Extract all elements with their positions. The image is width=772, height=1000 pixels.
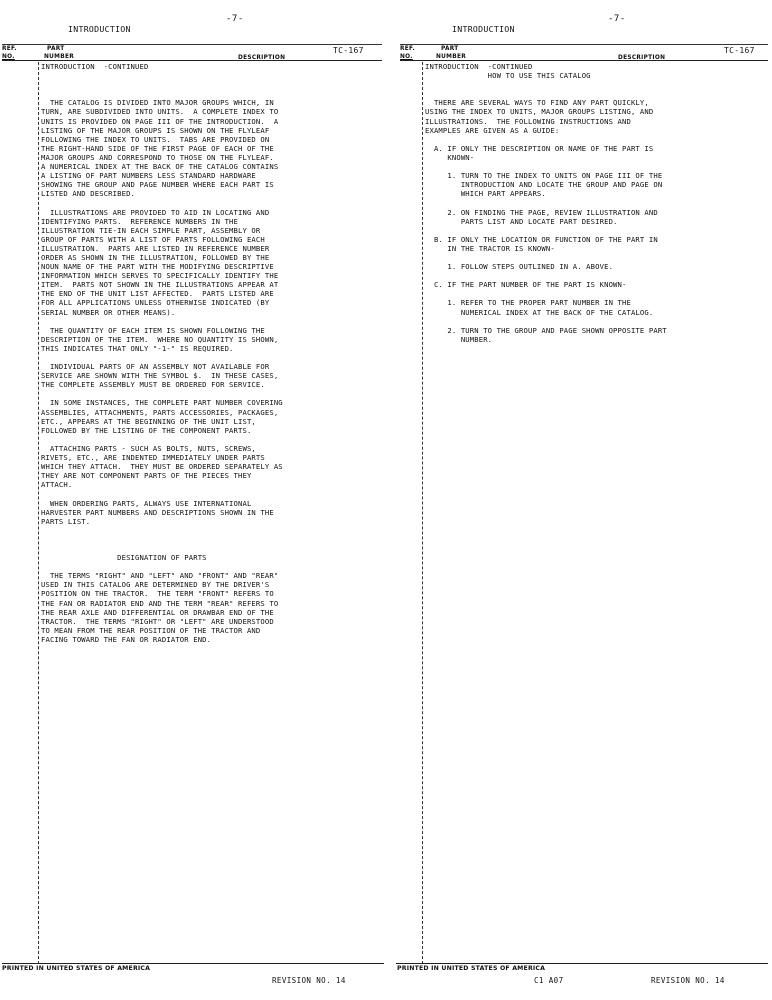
column-divider [38, 62, 39, 964]
text-line [41, 80, 283, 89]
footer-rule [396, 963, 768, 964]
text-line: EXAMPLES ARE GIVEN AS A GUIDE: [425, 126, 667, 135]
text-line [41, 544, 283, 553]
text-line: THERE ARE SEVERAL WAYS TO FIND ANY PART … [425, 98, 667, 107]
header-ref-label: REF. [400, 46, 415, 52]
text-line: 1. REFER TO THE PROPER PART NUMBER IN TH… [425, 298, 667, 307]
revision-number: REVISION NO. 14 [651, 976, 725, 985]
text-line [425, 89, 667, 98]
text-line: RIVETS, ETC., ARE INDENTED IMMEDIATELY U… [41, 453, 283, 462]
text-line [425, 162, 667, 171]
catalog-page-left: -7- INTRODUCTION REF. NO. PART NUMBER DE… [0, 0, 386, 1000]
header-ref-label: REF. [2, 46, 17, 52]
text-line: IN SOME INSTANCES, THE COMPLETE PART NUM… [41, 398, 283, 407]
text-line: NOUN NAME OF THE PART WITH THE MODIFYING… [41, 262, 283, 271]
text-line [41, 317, 283, 326]
text-line: 2. ON FINDING THE PAGE, REVIEW ILLUSTRAT… [425, 208, 667, 217]
text-line: USED IN THIS CATALOG ARE DETERMINED BY T… [41, 580, 283, 589]
text-line: THE QUANTITY OF EACH ITEM IS SHOWN FOLLO… [41, 326, 283, 335]
header-part-label: PART [47, 46, 65, 52]
text-line: THE TERMS "RIGHT" AND "LEFT" AND "FRONT"… [41, 571, 283, 580]
text-line: MAJOR GROUPS AND CORRESPOND TO THOSE ON … [41, 153, 283, 162]
text-line: THE END OF THE UNIT LIST AFFECTED. PARTS… [41, 289, 283, 298]
text-line [41, 435, 283, 444]
text-line: ITEM. PARTS NOT SHOWN IN THE ILLUSTRATIO… [41, 280, 283, 289]
text-line: DESIGNATION OF PARTS [41, 553, 283, 562]
header-top-rule [400, 44, 768, 45]
text-line: ILLUSTRATIONS ARE PROVIDED TO AID IN LOC… [41, 208, 283, 217]
text-line: THEY ARE NOT COMPONENT PARTS OF THE PIEC… [41, 471, 283, 480]
revision-number: REVISION NO. 14 [272, 976, 346, 985]
text-line: GROUP OF PARTS WITH A LIST OF PARTS FOLL… [41, 235, 283, 244]
text-line: ETC., APPEARS AT THE BEGINNING OF THE UN… [41, 417, 283, 426]
text-line: UNITS IS PROVIDED ON PAGE III OF THE INT… [41, 117, 283, 126]
text-line: 2. TURN TO THE GROUP AND PAGE SHOWN OPPO… [425, 326, 667, 335]
text-line: ATTACHING PARTS - SUCH AS BOLTS, NUTS, S… [41, 444, 283, 453]
text-line: 1. TURN TO THE INDEX TO UNITS ON PAGE II… [425, 171, 667, 180]
text-line: SHOWING THE GROUP AND PAGE NUMBER WHERE … [41, 180, 283, 189]
text-line [41, 389, 283, 398]
text-line: POSITION ON THE TRACTOR. THE TERM "FRONT… [41, 589, 283, 598]
text-line [41, 526, 283, 535]
text-line: A. IF ONLY THE DESCRIPTION OR NAME OF TH… [425, 144, 667, 153]
text-line: LISTING OF THE MAJOR GROUPS IS SHOWN ON … [41, 126, 283, 135]
text-line: FACING TOWARD THE FAN OR RADIATOR END. [41, 635, 283, 644]
header-bottom-rule [400, 60, 768, 61]
text-line: ASSEMBLIES, ATTACHMENTS, PARTS ACCESSORI… [41, 408, 283, 417]
text-line: USING THE INDEX TO UNITS, MAJOR GROUPS L… [425, 107, 667, 116]
text-line [425, 135, 667, 144]
text-line: 1. FOLLOW STEPS OUTLINED IN A. ABOVE. [425, 262, 667, 271]
text-line: C. IF THE PART NUMBER OF THE PART IS KNO… [425, 280, 667, 289]
text-line: SERIAL NUMBER OR OTHER MEANS). [41, 308, 283, 317]
text-line: FOR ALL APPLICATIONS UNLESS OTHERWISE IN… [41, 298, 283, 307]
text-line: TURN, ARE SUBDIVIDED INTO UNITS. A COMPL… [41, 107, 283, 116]
footer-rule [2, 963, 384, 964]
text-line: ORDER AS SHOWN IN THE ILLUSTRATION, FOLL… [41, 253, 283, 262]
text-line: ILLUSTRATIONS. THE FOLLOWING INSTRUCTION… [425, 117, 667, 126]
text-line: WHICH THEY ATTACH. THEY MUST BE ORDERED … [41, 462, 283, 471]
text-line: WHEN ORDERING PARTS, ALWAYS USE INTERNAT… [41, 499, 283, 508]
header-top-rule [2, 44, 382, 45]
text-line: INFORMATION WHICH SERVES TO SPECIFICALLY… [41, 271, 283, 280]
text-line [425, 226, 667, 235]
text-line: FOLLOWING THE INDEX TO UNITS. TABS ARE P… [41, 135, 283, 144]
text-line [41, 535, 283, 544]
section-title: INTRODUCTION [452, 24, 515, 34]
text-line: INDIVIDUAL PARTS OF AN ASSEMBLY NOT AVAI… [41, 362, 283, 371]
text-line: NUMBER. [425, 335, 667, 344]
text-line [41, 71, 283, 80]
text-line: PARTS LIST. [41, 517, 283, 526]
printed-notice: PRINTED IN UNITED STATES OF AMERICA [397, 965, 545, 972]
text-line: ATTACH. [41, 480, 283, 489]
catalog-code: TC-167 [333, 46, 364, 55]
text-line [425, 80, 667, 89]
text-line: A NUMERICAL INDEX AT THE BACK OF THE CAT… [41, 162, 283, 171]
text-line: TO MEAN FROM THE REAR POSITION OF THE TR… [41, 626, 283, 635]
text-line: THE REAR AXLE AND DIFFERENTIAL OR DRAWBA… [41, 608, 283, 617]
text-line [41, 489, 283, 498]
text-line: HOW TO USE THIS CATALOG [425, 71, 667, 80]
text-line [425, 253, 667, 262]
catalog-code: TC-167 [724, 46, 755, 55]
text-line [425, 271, 667, 280]
text-line [41, 562, 283, 571]
text-line [41, 198, 283, 207]
text-line [41, 353, 283, 362]
page-body: INTRODUCTION -CONTINUED THE CATALOG IS D… [41, 62, 283, 644]
section-title: INTRODUCTION [68, 24, 131, 34]
text-line: ILLUSTRATION. PARTS ARE LISTED IN REFERE… [41, 244, 283, 253]
text-line: INTRODUCTION -CONTINUED [41, 62, 283, 71]
text-line [425, 289, 667, 298]
text-line: THE FAN OR RADIATOR END AND THE TERM "RE… [41, 599, 283, 608]
text-line: PARTS LIST AND LOCATE PART DESIRED. [425, 217, 667, 226]
text-line: DESCRIPTION OF THE ITEM. WHERE NO QUANTI… [41, 335, 283, 344]
page-body: INTRODUCTION -CONTINUED HOW TO USE THIS … [425, 62, 667, 344]
text-line: FOLLOWED BY THE LISTING OF THE COMPONENT… [41, 426, 283, 435]
text-line [425, 317, 667, 326]
text-line: SERVICE ARE SHOWN WITH THE SYMBOL $. IN … [41, 371, 283, 380]
text-line: THIS INDICATES THAT ONLY "-1-" IS REQUIR… [41, 344, 283, 353]
text-line: B. IF ONLY THE LOCATION OR FUNCTION OF T… [425, 235, 667, 244]
header-bottom-rule [2, 60, 382, 61]
text-line: WHICH PART APPEARS. [425, 189, 667, 198]
text-line: ILLUSTRATION TIE-IN EACH SIMPLE PART, AS… [41, 226, 283, 235]
text-line: KNOWN- [425, 153, 667, 162]
text-line: LISTED AND DESCRIBED. [41, 189, 283, 198]
text-line [425, 198, 667, 207]
text-line: NUMERICAL INDEX AT THE BACK OF THE CATAL… [425, 308, 667, 317]
header-part-label: PART [441, 46, 459, 52]
page-number: -7- [226, 14, 244, 24]
text-line: HARVESTER PART NUMBERS AND DESCRIPTIONS … [41, 508, 283, 517]
column-divider [422, 62, 423, 964]
text-line: IDENTIFYING PARTS. REFERENCE NUMBERS IN … [41, 217, 283, 226]
text-line: THE RIGHT-HAND SIDE OF THE FIRST PAGE OF… [41, 144, 283, 153]
page-code: C1 A07 [534, 976, 564, 985]
text-line: IN THE TRACTOR IS KNOWN- [425, 244, 667, 253]
text-line: THE COMPLETE ASSEMBLY MUST BE ORDERED FO… [41, 380, 283, 389]
text-line: THE CATALOG IS DIVIDED INTO MAJOR GROUPS… [41, 98, 283, 107]
page-number: -7- [608, 14, 626, 24]
text-line: INTRODUCTION -CONTINUED [425, 62, 667, 71]
text-line: A LISTING OF PART NUMBERS LESS STANDARD … [41, 171, 283, 180]
text-line [41, 89, 283, 98]
printed-notice: PRINTED IN UNITED STATES OF AMERICA [2, 965, 150, 972]
text-line: INTRODUCTION AND LOCATE THE GROUP AND PA… [425, 180, 667, 189]
catalog-page-right: -7- INTRODUCTION REF. NO. PART NUMBER DE… [386, 0, 772, 1000]
text-line: TRACTOR. THE TERMS "RIGHT" OR "LEFT" ARE… [41, 617, 283, 626]
